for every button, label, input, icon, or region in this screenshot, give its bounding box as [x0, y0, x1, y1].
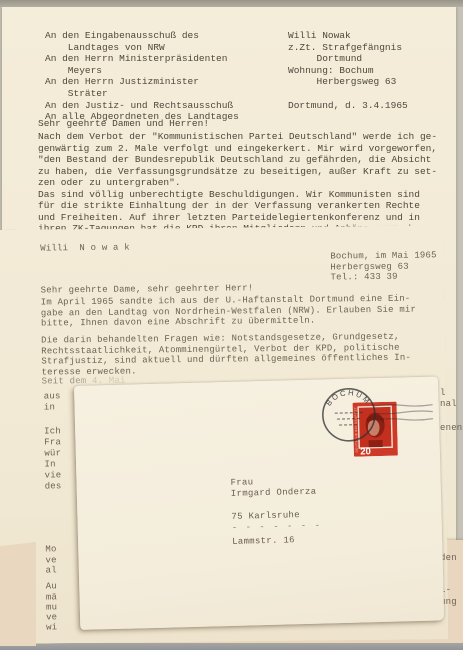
text-fragment: al — [46, 565, 57, 575]
scanner-edge-top — [0, 0, 463, 7]
sender-line: Wohnung: Bochum — [288, 65, 408, 77]
text-fragment: in — [44, 402, 55, 412]
letter1-header: An den Eingabenausschuß des Landtages vo… — [45, 30, 408, 123]
recipient-line: Sträter — [45, 88, 288, 100]
paragraph-2: Die darin behandelten Fragen wie: Notsta… — [41, 332, 411, 379]
scanned-documents: An den Eingabenausschuß des Landtages vo… — [0, 0, 463, 650]
recipient-line: An den Herrn Justizminister — [45, 76, 288, 88]
sender-line: z.Zt. Strafgefängnis — [288, 42, 408, 54]
text-fragment: ve — [45, 555, 56, 565]
text-fragment: aus — [44, 391, 61, 401]
body-line: "den Bestand der Bundesrepublik Deutschl… — [38, 154, 437, 166]
sender-address-block: Willi Nowakz.Zt. Strafgefängnis Dortmund… — [288, 30, 408, 123]
text-fragment: ve — [46, 612, 57, 622]
text-fragment: mu — [46, 602, 57, 612]
place-date-line: Tel.: 433 39 — [330, 272, 437, 284]
postmark-bochum: BOCHUM — [318, 380, 440, 447]
letter-body: Nach dem Verbot der "Kommunistischen Par… — [38, 131, 437, 235]
background-sheet-corner — [0, 542, 36, 646]
envelope-address: FrauIrmgard Onderza 75 Karlsruhe - - - -… — [230, 476, 322, 548]
body-line: und Freiheiten. Auf ihrer letzten Partei… — [38, 212, 437, 224]
salutation: Sehr geehrte Damen und Herren! — [38, 118, 209, 129]
body-line: zen oder zu untergraben". — [38, 177, 437, 189]
letter-date: Dortmund, d. 3.4.1965 — [288, 100, 408, 112]
address-underline-dashes: - - - - - - - — [232, 521, 322, 534]
sender-place-date-block: Bochum, im Mai 1965Herbergsweg 63Tel.: 4… — [330, 250, 437, 283]
text-fragment: In — [44, 459, 55, 469]
sender-line: Willi Nowak — [288, 30, 408, 42]
sender-lines: Willi Nowakz.Zt. Strafgefängnis Dortmund… — [288, 30, 408, 88]
postmark-city: BOCHUM — [324, 387, 373, 407]
text-fragment: vie — [45, 470, 62, 480]
text-fragment: Ich — [44, 426, 61, 436]
text-fragment: wi — [46, 622, 57, 632]
left-margin-fragments: ausinIchFrawürInviedesMovealAumämuvewi — [42, 229, 76, 643]
place-date-line: Bochum, im Mai 1965 — [330, 250, 437, 262]
recipient-address-block: An den Eingabenausschuß des Landtages vo… — [45, 30, 288, 123]
addressee-line: Irmgard Onderza — [231, 487, 321, 500]
text-fragment: des — [45, 481, 62, 491]
address-street: Lammstr. 16 — [232, 535, 322, 548]
recipient-line: Meyers — [45, 65, 288, 77]
scanner-edge-bottom — [0, 643, 463, 650]
paragraph-1: Im April 1965 sandte ich aus der U.-Haft… — [41, 294, 417, 330]
body-line: für die strikte Einhaltung der in der Ve… — [38, 200, 437, 212]
sender-line: Herbergsweg 63 — [288, 76, 408, 88]
text-fragment: mä — [46, 592, 57, 602]
recipient-line: An den Eingabenausschuß des — [45, 30, 288, 42]
recipient-line: An den Herrn Ministerpräsidenten — [45, 53, 288, 65]
recipient-line: An den Justiz- und Rechtsausschuß — [45, 100, 288, 112]
body-line: Nach dem Verbot der "Kommunistischen Par… — [38, 131, 437, 143]
text-fragment: Mo — [45, 544, 56, 554]
body-line: zu haben, die Verfassungsgrundsätze zu b… — [38, 166, 437, 178]
addressee-lines: FrauIrmgard Onderza — [230, 476, 320, 500]
svg-text:BOCHUM: BOCHUM — [324, 387, 373, 407]
sender-line: Dortmund — [288, 53, 408, 65]
body-line: genwärtig zum 2. Male verfolgt und einge… — [38, 143, 437, 155]
body-line: Das sind völlig unberechtigte Beschuldig… — [38, 189, 437, 201]
recipient-line: Landtages von NRW — [45, 42, 288, 54]
text-fragment: Fra — [44, 437, 61, 447]
envelope: DEUTSCHE BUNDESPOST 20 BOCHUM FrauIrmgar… — [74, 376, 444, 629]
text-fragment: wür — [44, 448, 61, 458]
text-fragment: Au — [46, 581, 57, 591]
stamp-value: 20 — [360, 446, 371, 456]
